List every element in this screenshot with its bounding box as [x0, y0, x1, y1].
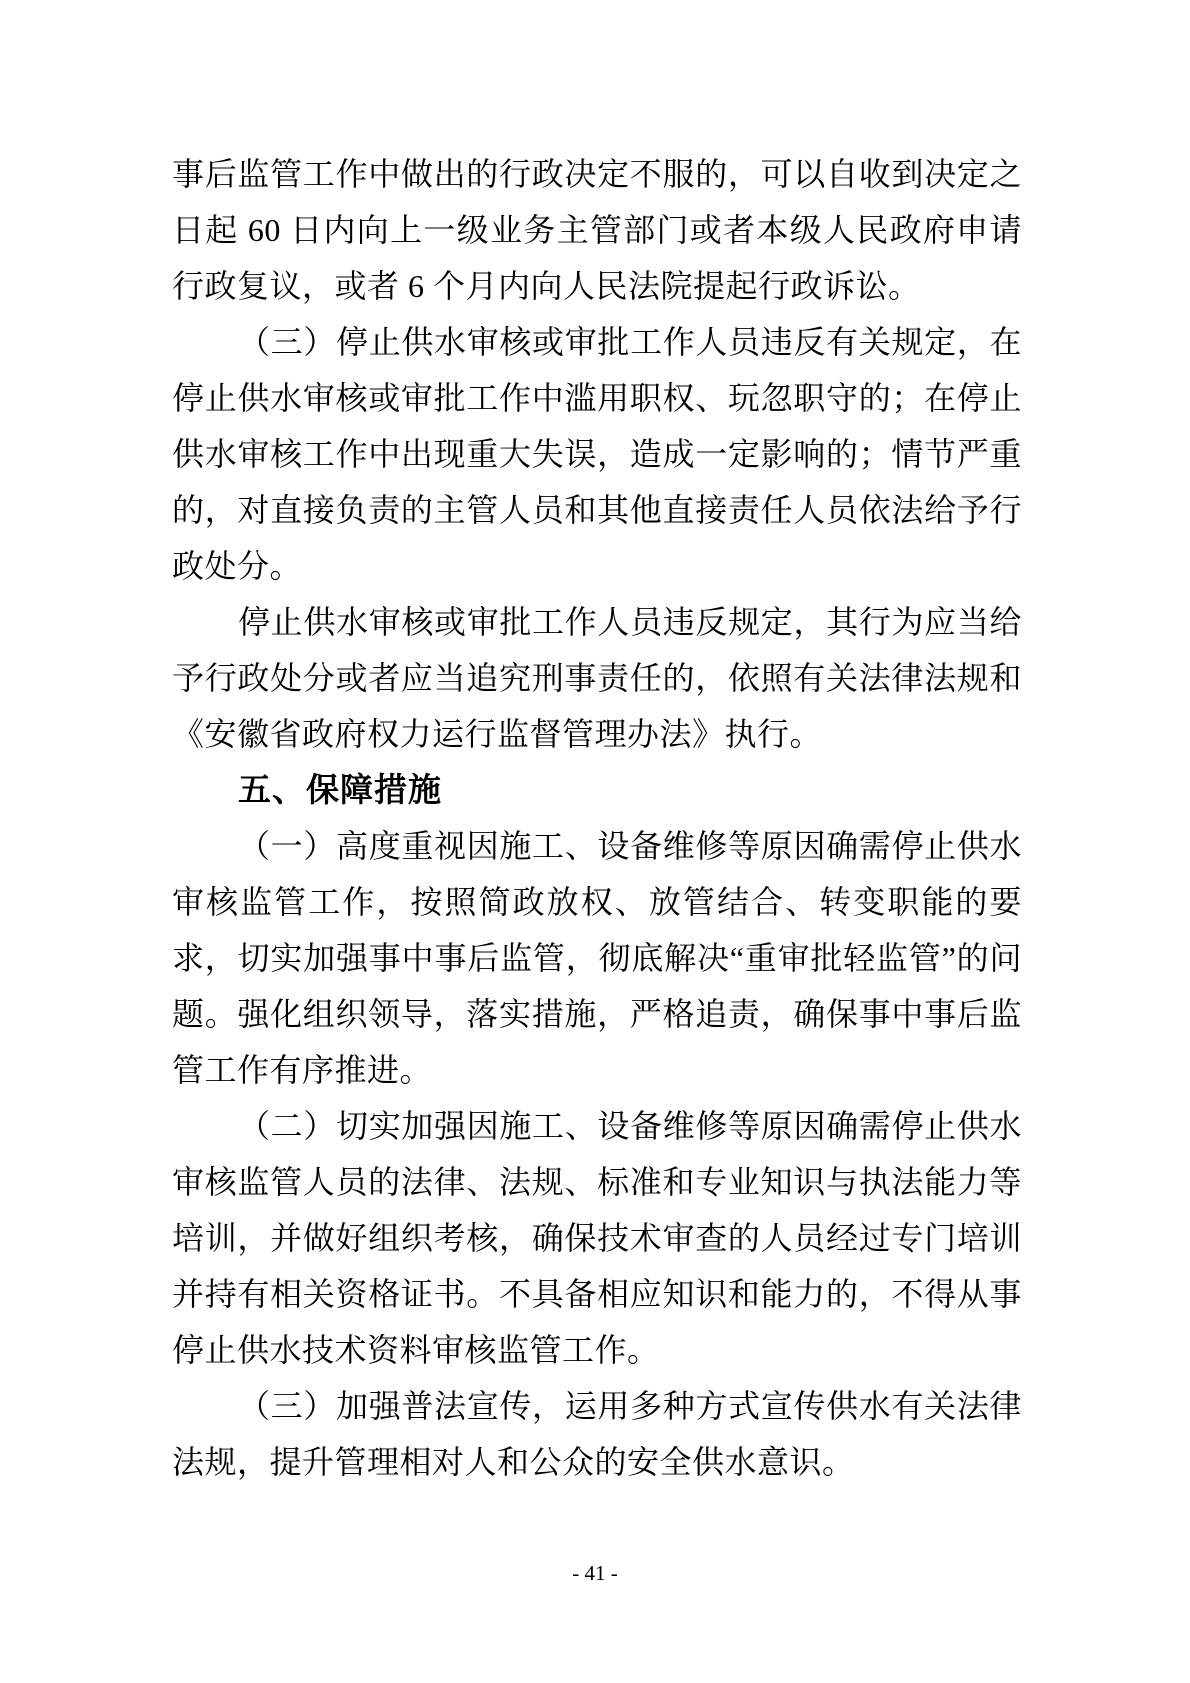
paragraph-appeal-continuation: 事后监管工作中做出的行政决定不服的，可以自收到决定之日起 60 日内向上一级业务… [172, 146, 1022, 314]
paragraph-safeguard-three: （三）加强普法宣传，运用多种方式宣传供水有关法律法规，提升管理相对人和公众的安全… [172, 1378, 1022, 1490]
paragraph-safeguard-two: （二）切实加强因施工、设备维修等原因确需停止供水审核监管人员的法律、法规、标准和… [172, 1098, 1022, 1378]
paragraph-safeguard-one: （一）高度重视因施工、设备维修等原因确需停止供水审核监管工作，按照简政放权、放管… [172, 818, 1022, 1098]
paragraph-discipline-execution: 停止供水审核或审批工作人员违反规定，其行为应当给予行政处分或者应当追究刑事责任的… [172, 594, 1022, 762]
page-number: - 41 - [0, 1558, 1190, 1588]
document-page: 事后监管工作中做出的行政决定不服的，可以自收到决定之日起 60 日内向上一级业务… [0, 0, 1190, 1683]
document-body: 事后监管工作中做出的行政决定不服的，可以自收到决定之日起 60 日内向上一级业务… [172, 146, 1022, 1490]
paragraph-item-three-violations: （三）停止供水审核或审批工作人员违反有关规定，在停止供水审核或审批工作中滥用职权… [172, 314, 1022, 594]
section-heading-safeguard-measures: 五、保障措施 [172, 762, 1022, 818]
